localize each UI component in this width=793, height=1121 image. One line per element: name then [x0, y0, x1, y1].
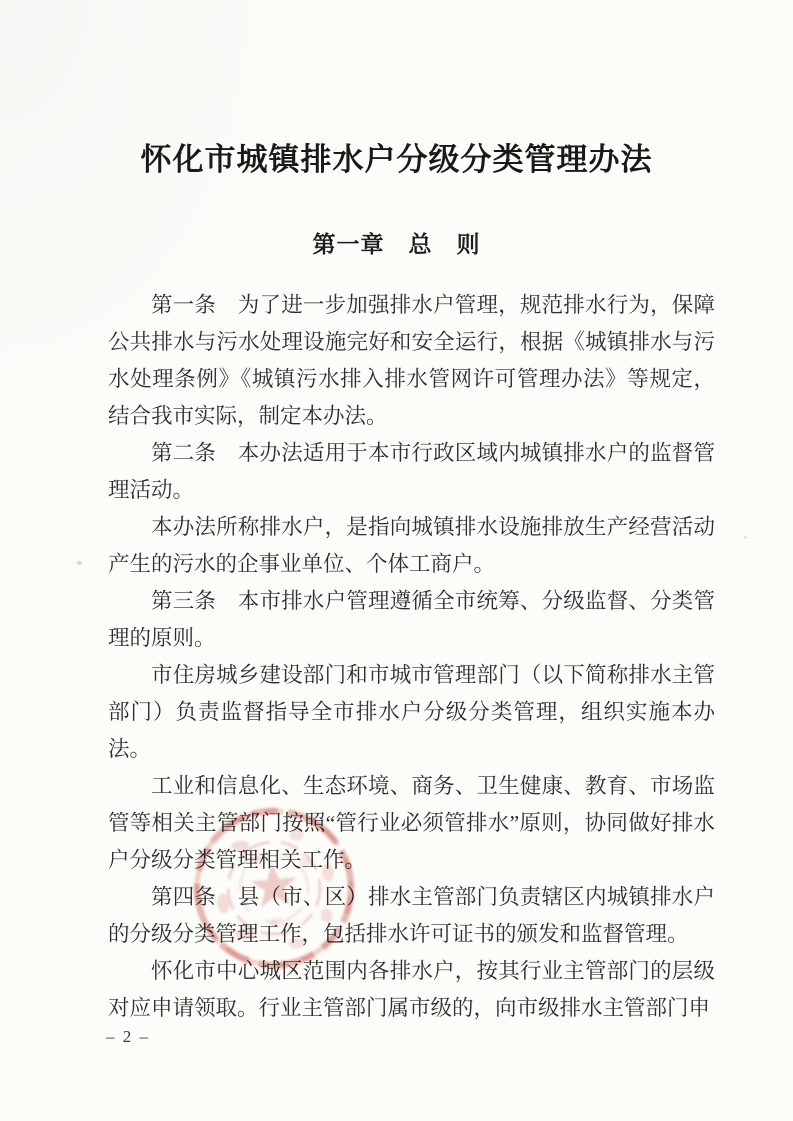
paragraph-article-4-cont: 怀化市中心城区范围内各排水户，按其行业主管部门的层级对应申请领取。行业主管部门属… [108, 953, 715, 1027]
document-body: 第一条 为了进一步加强排水户管理，规范排水行为，保障公共排水与污水处理设施完好和… [108, 287, 715, 1027]
paragraph-article-3-cont-1: 市住房城乡建设部门和市城市管理部门（以下简称排水主管部门）负责监督指导全市排水户… [108, 657, 715, 768]
paragraph-article-3: 第三条 本市排水户管理遵循全市统筹、分级监督、分类管理的原则。 [108, 583, 715, 657]
paragraph-article-3-cont-2: 工业和信息化、生态环境、商务、卫生健康、教育、市场监管等相关主管部门按照“管行业… [108, 768, 715, 879]
paragraph-article-4: 第四条 县（市、区）排水主管部门负责辖区内城镇排水户的分级分类管理工作，包括排水… [108, 879, 715, 953]
scan-speck [77, 561, 82, 565]
paragraph-article-2-cont: 本办法所称排水户，是指向城镇排水设施排放生产经营活动产生的污水的企事业单位、个体… [108, 509, 715, 583]
chapter-heading: 第一章 总 则 [0, 229, 793, 261]
document-page: 怀化市城镇排水户分级分类管理办法 第一章 总 则 第一条 为了进一步加强排水户管… [0, 0, 793, 1121]
page-number: – 2 – [106, 1027, 150, 1047]
scan-speck [744, 536, 747, 539]
document-title: 怀化市城镇排水户分级分类管理办法 [0, 138, 793, 182]
paragraph-article-2: 第二条 本办法适用于本市行政区域内城镇排水户的监督管理活动。 [108, 435, 715, 509]
paragraph-article-1: 第一条 为了进一步加强排水户管理，规范排水行为，保障公共排水与污水处理设施完好和… [108, 287, 715, 435]
